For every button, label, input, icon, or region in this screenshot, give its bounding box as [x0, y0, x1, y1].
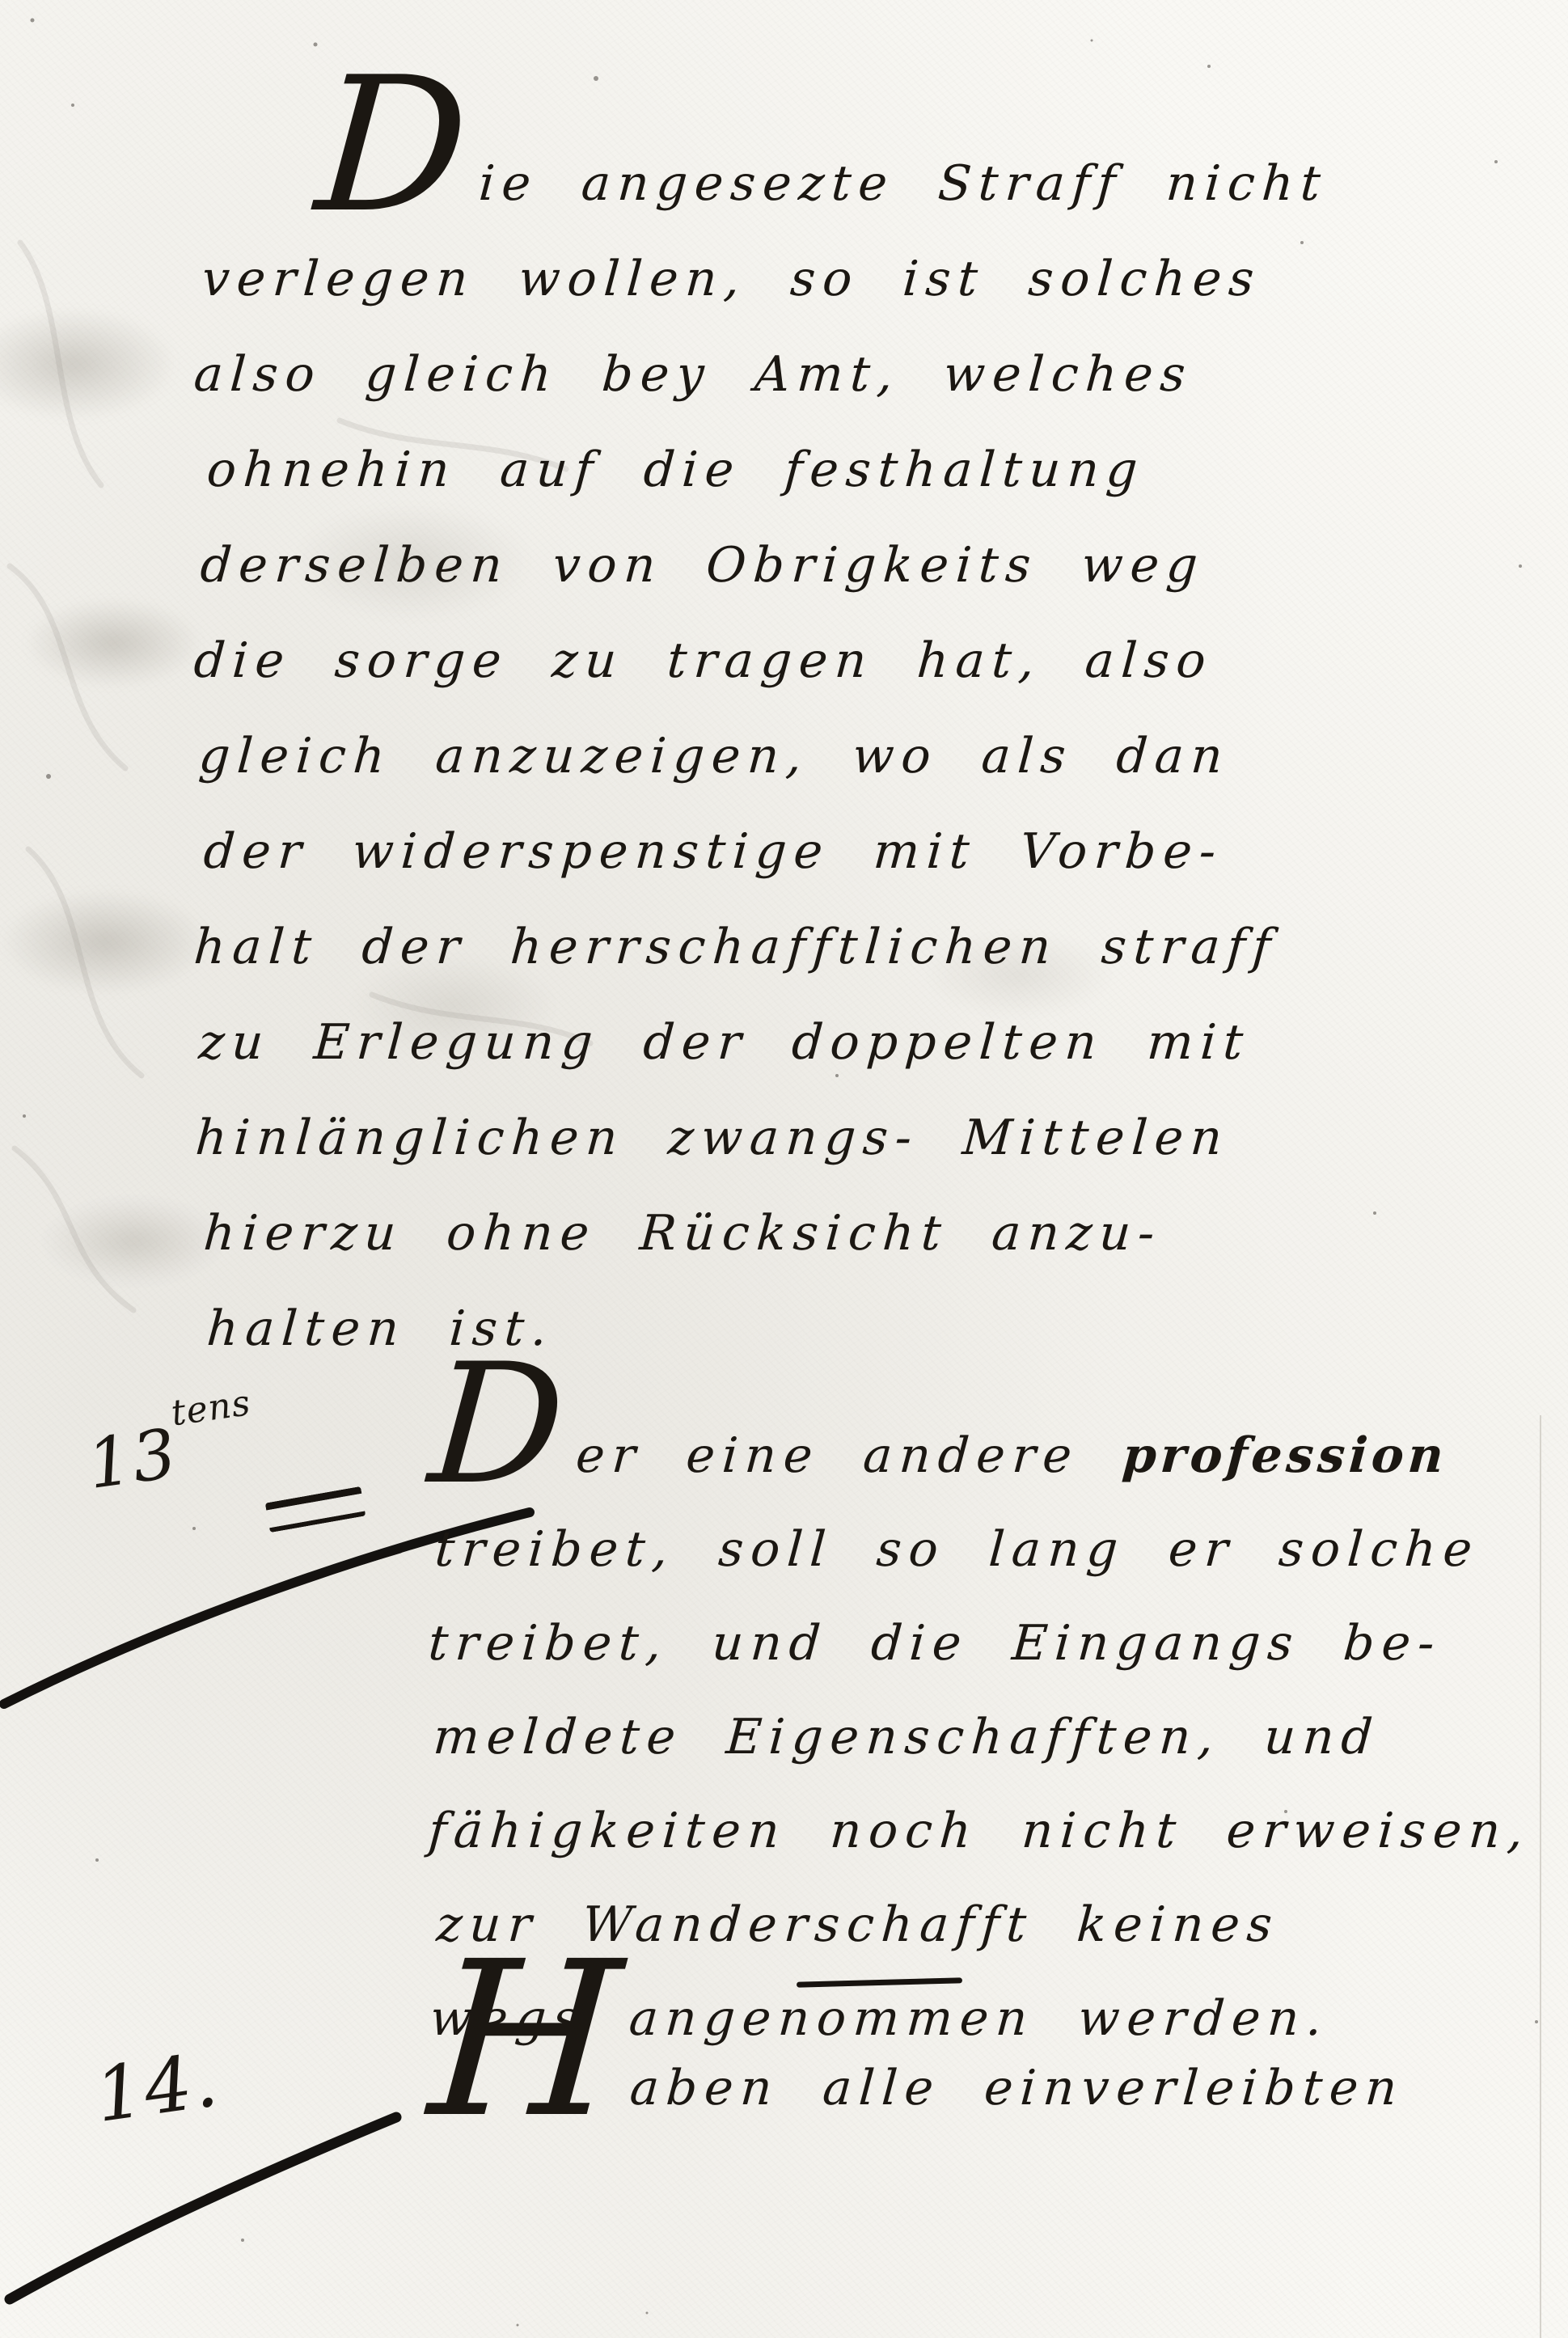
bleed-smudge [24, 598, 202, 687]
initial-capital: H [423, 1916, 628, 2165]
manuscript-page: Die angesezte Straff nicht verlegen woll… [0, 0, 1568, 2338]
marginal-flourish-14 [0, 2101, 421, 2319]
latin-script-word: profession [1121, 1427, 1449, 1484]
initial-capital: D [424, 1329, 570, 1521]
paragraph-line: hierzu ohne Rücksicht anzu- [201, 1186, 1331, 1281]
paragraph-line: gleich anzuzeigen, wo als dan [196, 708, 1331, 804]
line-text: ie angesezte Straff nicht [477, 155, 1329, 212]
paragraph-line: zu Erlegung der doppelten mit [196, 995, 1331, 1090]
paragraph-line: ohnehin auf die festhaltung [204, 422, 1331, 518]
bleed-smudge [0, 890, 210, 995]
paragraph-line: verlegen wollen, so ist solches [199, 231, 1331, 327]
paragraph-line: also gleich bey Amt, welches [191, 327, 1331, 422]
bleed-smudge [0, 307, 178, 421]
paragraph-line: halten ist. [204, 1281, 1331, 1376]
paragraph-line: meldete Eigenschafften, und [430, 1690, 1533, 1784]
paragraph-line: derselben von Obrigkeits weg [197, 518, 1331, 613]
marginal-13-suffix: tens [169, 1382, 254, 1434]
paragraph-line: treibet, soll so lang er solche [432, 1503, 1533, 1596]
line-text: aben alle einverleibten [628, 2060, 1406, 2116]
paragraph-line: die sorge zu tragen hat, also [191, 613, 1331, 708]
section-14-line: Haben alle einverleibten [429, 1983, 1404, 2193]
paragraph-line: der widerspenstige mit Vorbe- [201, 804, 1331, 899]
paragraph-line: treibet, und die Eingangs be- [425, 1596, 1533, 1690]
marginal-13-value: 13 [82, 1414, 182, 1504]
paragraph-line: Der eine andere profession [425, 1409, 1533, 1503]
marginal-number-14: 14. [90, 2036, 224, 2139]
right-edge-crease [1540, 1415, 1541, 2338]
paragraph-line: Die angesezte Straff nicht [191, 136, 1331, 231]
marginal-number-13: 13tens [82, 1402, 261, 1504]
paragraph-line: fähigkeiten noch nicht erweisen, [425, 1784, 1533, 1878]
paragraph-line: halt der herrschafftlichen straff [191, 899, 1331, 995]
paragraph-line: hinlänglichen zwangs- Mittelen [192, 1090, 1331, 1186]
marginal-14-value: 14. [90, 2036, 224, 2139]
main-paragraph: Die angesezte Straff nicht verlegen woll… [194, 136, 1327, 1376]
line-text: er eine andere [574, 1427, 1125, 1484]
marginal-double-underline [265, 1486, 366, 1533]
initial-capital: D [311, 38, 475, 254]
paragraph-line: Haben alle einverleibten [421, 1983, 1411, 2193]
